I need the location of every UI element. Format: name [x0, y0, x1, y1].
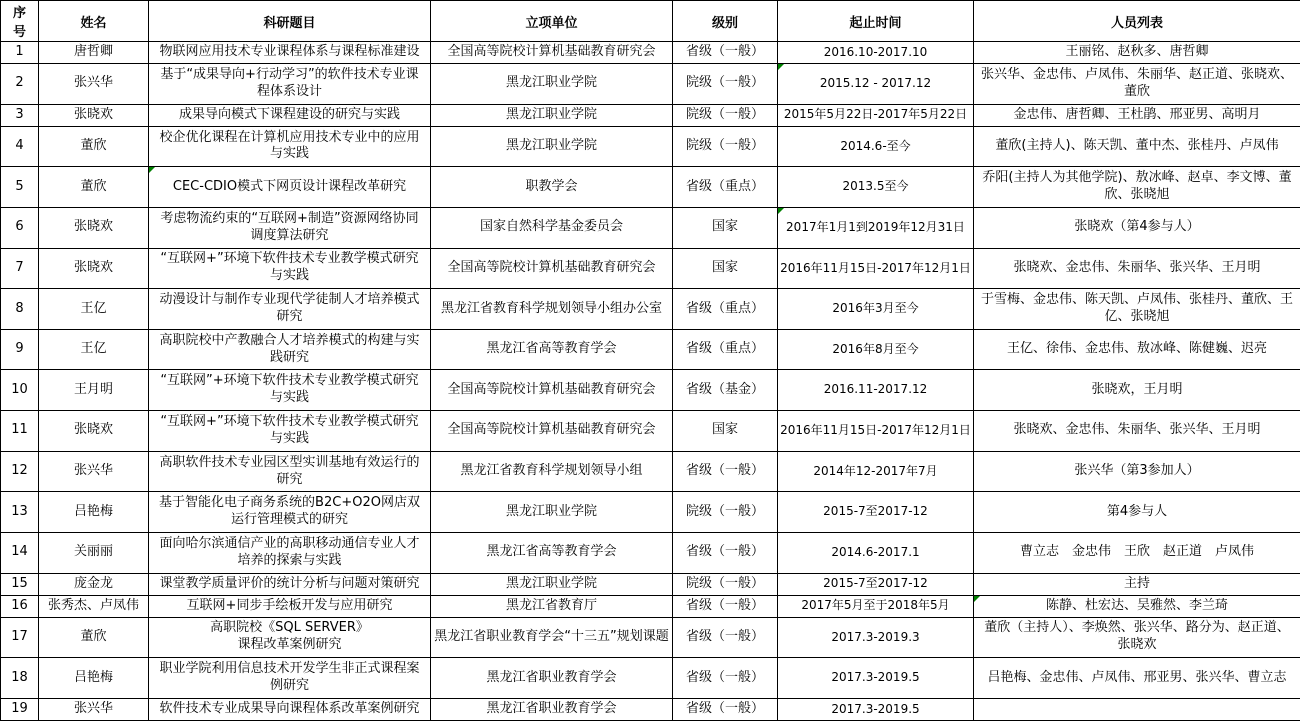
cell-project-title: 考虑物流约束的“互联网+制造”资源网络协同调度算法研究: [149, 207, 431, 248]
cell-person-name: 张晓欢: [39, 411, 149, 452]
cell-member-list: 张晓欢，王月明: [974, 370, 1300, 411]
cell-project-level: 省级（一般）: [673, 42, 778, 64]
cell-row-number: 17: [1, 617, 39, 658]
cell-approving-org: 全国高等院校计算机基础教育研究会: [431, 370, 673, 411]
cell-person-name: 吕艳梅: [39, 658, 149, 699]
header-level: 级别: [673, 1, 778, 42]
cell-approving-org: 职教学会: [431, 167, 673, 208]
cell-approving-org: 国家自然科学基金委员会: [431, 207, 673, 248]
cell-member-list: 乔阳(主持人为其他学院)、敖冰峰、赵卓、李文博、董欣、张晓旭: [974, 167, 1300, 208]
cell-person-name: 张兴华: [39, 698, 149, 720]
cell-project-title: CEC-CDIO模式下网页设计课程改革研究: [149, 167, 431, 208]
cell-person-name: 王月明: [39, 370, 149, 411]
cell-project-level: 院级（一般）: [673, 63, 778, 104]
cell-member-list: 董欣（主持人）、李焕然、张兴华、路分为、赵正道、张晓欢: [974, 617, 1300, 658]
cell-project-title: “互联网”+环境下软件技术专业教学模式研究与实践: [149, 370, 431, 411]
table-row: 8 王亿 动漫设计与制作专业现代学徒制人才培养模式研究 黑龙江省教育科学规划领导…: [1, 289, 1300, 330]
cell-row-number: 11: [1, 411, 39, 452]
comment-marker-icon: [974, 596, 980, 602]
header-title: 科研题目: [149, 1, 431, 42]
cell-approving-org: 黑龙江省高等教育学会: [431, 532, 673, 573]
cell-approving-org: 黑龙江职业学院: [431, 573, 673, 595]
table-row: 5 董欣 CEC-CDIO模式下网页设计课程改革研究 职教学会 省级（重点） 2…: [1, 167, 1300, 208]
cell-project-level: 院级（一般）: [673, 573, 778, 595]
cell-member-list: 王亿、徐伟、金忠伟、敖冰峰、陈健巍、迟亮: [974, 329, 1300, 370]
cell-project-level: 省级（重点）: [673, 167, 778, 208]
cell-time-span: 2016年3月至今: [778, 289, 974, 330]
cell-project-level: 省级（一般）: [673, 595, 778, 617]
cell-person-name: 张秀杰、卢凤伟: [39, 595, 149, 617]
cell-time-span: 2015年5月22日-2017年5月22日: [778, 104, 974, 126]
cell-person-name: 吕艳梅: [39, 492, 149, 533]
table-row: 14 关丽丽 面向哈尔滨通信产业的高职移动通信专业人才培养的探索与实践 黑龙江省…: [1, 532, 1300, 573]
cell-project-level: 省级（一般）: [673, 658, 778, 699]
table-row: 16 张秀杰、卢凤伟 互联网+同步手绘板开发与应用研究 黑龙江省教育厅 省级（一…: [1, 595, 1300, 617]
cell-time-span: 2017.3-2019.5: [778, 698, 974, 720]
cell-person-name: 张兴华: [39, 63, 149, 104]
cell-approving-org: 黑龙江省职业教育学会: [431, 658, 673, 699]
cell-approving-org: 黑龙江省教育科学规划领导小组: [431, 451, 673, 492]
table-row: 18 吕艳梅 职业学院利用信息技术开发学生非正式课程案例研究 黑龙江省职业教育学…: [1, 658, 1300, 699]
cell-project-level: 省级（一般）: [673, 698, 778, 720]
header-org: 立项单位: [431, 1, 673, 42]
cell-project-title: 软件技术专业成果导向课程体系改革案例研究: [149, 698, 431, 720]
cell-project-title: 基于智能化电子商务系统的B2C+O2O网店双运行管理模式的研究: [149, 492, 431, 533]
table-row: 3 张晓欢 成果导向模式下课程建设的研究与实践 黑龙江职业学院 院级（一般） 2…: [1, 104, 1300, 126]
cell-approving-org: 全国高等院校计算机基础教育研究会: [431, 248, 673, 289]
cell-approving-org: 黑龙江职业学院: [431, 104, 673, 126]
cell-approving-org: 黑龙江职业学院: [431, 492, 673, 533]
cell-project-title: 物联网应用技术专业课程体系与课程标准建设: [149, 42, 431, 64]
cell-time-span: 2017.3-2019.3: [778, 617, 974, 658]
cell-member-list: 曹立志 金忠伟 王欣 赵正道 卢凤伟: [974, 532, 1300, 573]
cell-approving-org: 全国高等院校计算机基础教育研究会: [431, 42, 673, 64]
cell-row-number: 18: [1, 658, 39, 699]
comment-marker-icon: [149, 167, 155, 173]
cell-person-name: 王亿: [39, 289, 149, 330]
cell-row-number: 19: [1, 698, 39, 720]
cell-project-level: 省级（一般）: [673, 532, 778, 573]
cell-project-title: 互联网+同步手绘板开发与应用研究: [149, 595, 431, 617]
header-name: 姓名: [39, 1, 149, 42]
cell-member-list: 张晓欢、金忠伟、朱丽华、张兴华、王月明: [974, 411, 1300, 452]
cell-person-name: 张晓欢: [39, 104, 149, 126]
cell-row-number: 16: [1, 595, 39, 617]
cell-row-number: 1: [1, 42, 39, 64]
table-row: 6 张晓欢 考虑物流约束的“互联网+制造”资源网络协同调度算法研究 国家自然科学…: [1, 207, 1300, 248]
cell-time-span: 2013.5至今: [778, 167, 974, 208]
cell-member-list: 张晓欢、金忠伟、朱丽华、张兴华、王月明: [974, 248, 1300, 289]
cell-approving-org: 黑龙江省高等教育学会: [431, 329, 673, 370]
cell-time-span: 2015-7至2017-12: [778, 492, 974, 533]
cell-member-list: 吕艳梅、金忠伟、卢凤伟、邢亚男、张兴华、曹立志: [974, 658, 1300, 699]
cell-project-level: 国家: [673, 248, 778, 289]
cell-row-number: 3: [1, 104, 39, 126]
table-row: 10 王月明 “互联网”+环境下软件技术专业教学模式研究与实践 全国高等院校计算…: [1, 370, 1300, 411]
cell-project-level: 国家: [673, 411, 778, 452]
cell-approving-org: 黑龙江省职业教育学会: [431, 698, 673, 720]
cell-project-title: “互联网+”环境下软件技术专业教学模式研究与实践: [149, 411, 431, 452]
cell-member-list: 张兴华（第3参加人）: [974, 451, 1300, 492]
cell-person-name: 唐哲卿: [39, 42, 149, 64]
cell-project-title: 面向哈尔滨通信产业的高职移动通信专业人才培养的探索与实践: [149, 532, 431, 573]
header-period: 起止时间: [778, 1, 974, 42]
cell-project-level: 院级（一般）: [673, 104, 778, 126]
cell-approving-org: 黑龙江省教育科学规划领导小组办公室: [431, 289, 673, 330]
cell-person-name: 董欣: [39, 126, 149, 167]
cell-project-title: 成果导向模式下课程建设的研究与实践: [149, 104, 431, 126]
cell-person-name: 董欣: [39, 167, 149, 208]
table-row: 15 庞金龙 课堂教学质量评价的统计分析与问题对策研究 黑龙江职业学院 院级（一…: [1, 573, 1300, 595]
cell-row-number: 6: [1, 207, 39, 248]
table-row: 17 董欣 高职院校《SQL SERVER》 课程改革案例研究 黑龙江省职业教育…: [1, 617, 1300, 658]
cell-time-span: 2015-7至2017-12: [778, 573, 974, 595]
comment-marker-icon: [778, 64, 784, 70]
cell-member-list: 金忠伟、唐哲卿、王杜鹃、邢亚男、高明月: [974, 104, 1300, 126]
cell-row-number: 14: [1, 532, 39, 573]
cell-approving-org: 黑龙江省教育厅: [431, 595, 673, 617]
cell-project-title: 职业学院利用信息技术开发学生非正式课程案例研究: [149, 658, 431, 699]
cell-member-list: [974, 698, 1300, 720]
cell-member-list: 主持: [974, 573, 1300, 595]
cell-row-number: 4: [1, 126, 39, 167]
cell-row-number: 15: [1, 573, 39, 595]
cell-approving-org: 黑龙江职业学院: [431, 63, 673, 104]
cell-project-level: 院级（一般）: [673, 492, 778, 533]
cell-member-list: 于雪梅、金忠伟、陈天凯、卢凤伟、张桂丹、董欣、王亿、张晓旭: [974, 289, 1300, 330]
header-members: 人员列表: [974, 1, 1300, 42]
cell-member-list: 张兴华、金忠伟、卢凤伟、朱丽华、赵正道、张晓欢、董欣: [974, 63, 1300, 104]
cell-time-span: 2014.6-至今: [778, 126, 974, 167]
cell-person-name: 关丽丽: [39, 532, 149, 573]
table-row: 11 张晓欢 “互联网+”环境下软件技术专业教学模式研究与实践 全国高等院校计算…: [1, 411, 1300, 452]
table-row: 2 张兴华 基于“成果导向+行动学习”的软件技术专业课程体系设计 黑龙江职业学院…: [1, 63, 1300, 104]
header-no: 序号: [1, 1, 39, 42]
cell-project-title: 高职软件技术专业园区型实训基地有效运行的研究: [149, 451, 431, 492]
cell-member-list: 王丽铭、赵秋多、唐哲卿: [974, 42, 1300, 64]
cell-project-level: 省级（基金）: [673, 370, 778, 411]
cell-approving-org: 黑龙江职业学院: [431, 126, 673, 167]
table-row: 1 唐哲卿 物联网应用技术专业课程体系与课程标准建设 全国高等院校计算机基础教育…: [1, 42, 1300, 64]
cell-project-title: 校企优化课程在计算机应用技术专业中的应用与实践: [149, 126, 431, 167]
cell-project-title: 高职院校中产教融合人才培养模式的构建与实践研究: [149, 329, 431, 370]
cell-member-list: 董欣(主持人)、陈天凯、董中杰、张桂丹、卢凤伟: [974, 126, 1300, 167]
table-header: 序号 姓名 科研题目 立项单位 级别 起止时间 人员列表: [1, 1, 1300, 42]
table-row: 7 张晓欢 “互联网+”环境下软件技术专业教学模式研究与实践 全国高等院校计算机…: [1, 248, 1300, 289]
cell-project-level: 院级（一般）: [673, 126, 778, 167]
cell-member-list: 第4参与人: [974, 492, 1300, 533]
cell-person-name: 张晓欢: [39, 248, 149, 289]
cell-time-span: 2017年1月1到2019年12月31日: [778, 207, 974, 248]
cell-project-level: 省级（重点）: [673, 329, 778, 370]
cell-person-name: 王亿: [39, 329, 149, 370]
cell-time-span: 2014年12-2017年7月: [778, 451, 974, 492]
cell-time-span: 2016年11月15日-2017年12月1日: [778, 248, 974, 289]
cell-time-span: 2016年8月至今: [778, 329, 974, 370]
table-body: 1 唐哲卿 物联网应用技术专业课程体系与课程标准建设 全国高等院校计算机基础教育…: [1, 42, 1300, 721]
cell-member-list: 陈静、杜宏达、吴雅然、李兰琦: [974, 595, 1300, 617]
cell-row-number: 10: [1, 370, 39, 411]
cell-person-name: 张兴华: [39, 451, 149, 492]
cell-person-name: 庞金龙: [39, 573, 149, 595]
cell-row-number: 8: [1, 289, 39, 330]
cell-time-span: 2016.11-2017.12: [778, 370, 974, 411]
cell-member-list: 张晓欢（第4参与人）: [974, 207, 1300, 248]
cell-project-title: 动漫设计与制作专业现代学徒制人才培养模式研究: [149, 289, 431, 330]
cell-time-span: 2016.10-2017.10: [778, 42, 974, 64]
cell-project-level: 省级（一般）: [673, 617, 778, 658]
cell-time-span: 2017年5月至于2018年5月: [778, 595, 974, 617]
cell-time-span: 2015.12 - 2017.12: [778, 63, 974, 104]
cell-person-name: 董欣: [39, 617, 149, 658]
cell-project-title: 基于“成果导向+行动学习”的软件技术专业课程体系设计: [149, 63, 431, 104]
cell-time-span: 2017.3-2019.5: [778, 658, 974, 699]
table-row: 19 张兴华 软件技术专业成果导向课程体系改革案例研究 黑龙江省职业教育学会 省…: [1, 698, 1300, 720]
header-row: 序号 姓名 科研题目 立项单位 级别 起止时间 人员列表: [1, 1, 1300, 42]
cell-row-number: 5: [1, 167, 39, 208]
cell-row-number: 2: [1, 63, 39, 104]
cell-approving-org: 全国高等院校计算机基础教育研究会: [431, 411, 673, 452]
cell-person-name: 张晓欢: [39, 207, 149, 248]
research-projects-table: 序号 姓名 科研题目 立项单位 级别 起止时间 人员列表 1 唐哲卿 物联网应用…: [0, 0, 1300, 721]
cell-row-number: 7: [1, 248, 39, 289]
cell-time-span: 2016年11月15日-2017年12月1日: [778, 411, 974, 452]
table-row: 9 王亿 高职院校中产教融合人才培养模式的构建与实践研究 黑龙江省高等教育学会 …: [1, 329, 1300, 370]
cell-row-number: 12: [1, 451, 39, 492]
cell-project-title: 课堂教学质量评价的统计分析与问题对策研究: [149, 573, 431, 595]
cell-project-title: 高职院校《SQL SERVER》 课程改革案例研究: [149, 617, 431, 658]
cell-project-title: “互联网+”环境下软件技术专业教学模式研究与实践: [149, 248, 431, 289]
cell-time-span: 2014.6-2017.1: [778, 532, 974, 573]
cell-approving-org: 黑龙江省职业教育学会“十三五”规划课题: [431, 617, 673, 658]
table-row: 13 吕艳梅 基于智能化电子商务系统的B2C+O2O网店双运行管理模式的研究 黑…: [1, 492, 1300, 533]
cell-project-level: 省级（重点）: [673, 289, 778, 330]
cell-project-level: 国家: [673, 207, 778, 248]
table-row: 12 张兴华 高职软件技术专业园区型实训基地有效运行的研究 黑龙江省教育科学规划…: [1, 451, 1300, 492]
cell-row-number: 9: [1, 329, 39, 370]
cell-project-level: 省级（一般）: [673, 451, 778, 492]
comment-marker-icon: [778, 208, 784, 214]
table-row: 4 董欣 校企优化课程在计算机应用技术专业中的应用与实践 黑龙江职业学院 院级（…: [1, 126, 1300, 167]
cell-row-number: 13: [1, 492, 39, 533]
